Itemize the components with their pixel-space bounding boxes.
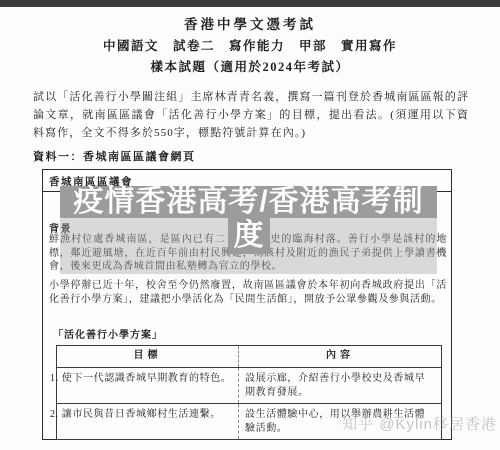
exam-subject-line: 中國語文 試卷二 寫作能力 甲部 實用寫作 bbox=[0, 36, 500, 54]
overlay-text-line-2: 度 bbox=[228, 218, 270, 254]
scheme-table-title: 「活化善行小學方案」 bbox=[53, 326, 163, 341]
goal-cell-2: 2. 讓市民與昔日香城鄉村生活連繫。 bbox=[57, 404, 239, 440]
content-column-header: 內容 bbox=[239, 346, 442, 368]
exam-title: 香港中學文憑考試 bbox=[0, 13, 500, 33]
goal-cell-1: 1. 使下一代認識香城早期教育的特色。 bbox=[57, 368, 239, 404]
overlay-text-line-2-wrap: 度 bbox=[60, 218, 437, 254]
background-paragraph-2: 小學停辦已近十年，校舍至今仍然廢置，故南區區議會於本年初向香城政府提出「活化善行… bbox=[49, 279, 447, 306]
content-cell-1: 設展示廊，介紹善行小學校史及香城早期教育發展。 bbox=[239, 368, 442, 404]
watermark-title-overlay: 疫情香港高考/香港高考制 度 bbox=[60, 186, 437, 254]
exam-document-page: 香港中學文憑考試 中國語文 試卷二 寫作能力 甲部 實用寫作 樣本試題（適用於2… bbox=[0, 0, 500, 450]
exam-sample-line: 樣本試題（適用於2024年考試） bbox=[0, 57, 500, 75]
overlay-text-line-1: 疫情香港高考/香港高考制 bbox=[60, 186, 437, 218]
zhihu-author-watermark: 知乎 @Kylin移居香港 bbox=[342, 413, 497, 434]
source-one-label: 資料一：香城南區區議會網頁 bbox=[33, 148, 196, 164]
task-instructions: 試以「活化善行小學關注組」主席林青青名義，撰寫一篇刊登於香城南區區報的評論文章，… bbox=[33, 88, 469, 142]
goal-column-header: 目標 bbox=[57, 346, 239, 368]
table-header-row: 目標 內容 bbox=[57, 346, 442, 368]
top-dark-bar bbox=[0, 0, 500, 7]
table-row: 1. 使下一代認識香城早期教育的特色。 設展示廊，介紹善行小學校史及香城早期教育… bbox=[57, 368, 442, 404]
